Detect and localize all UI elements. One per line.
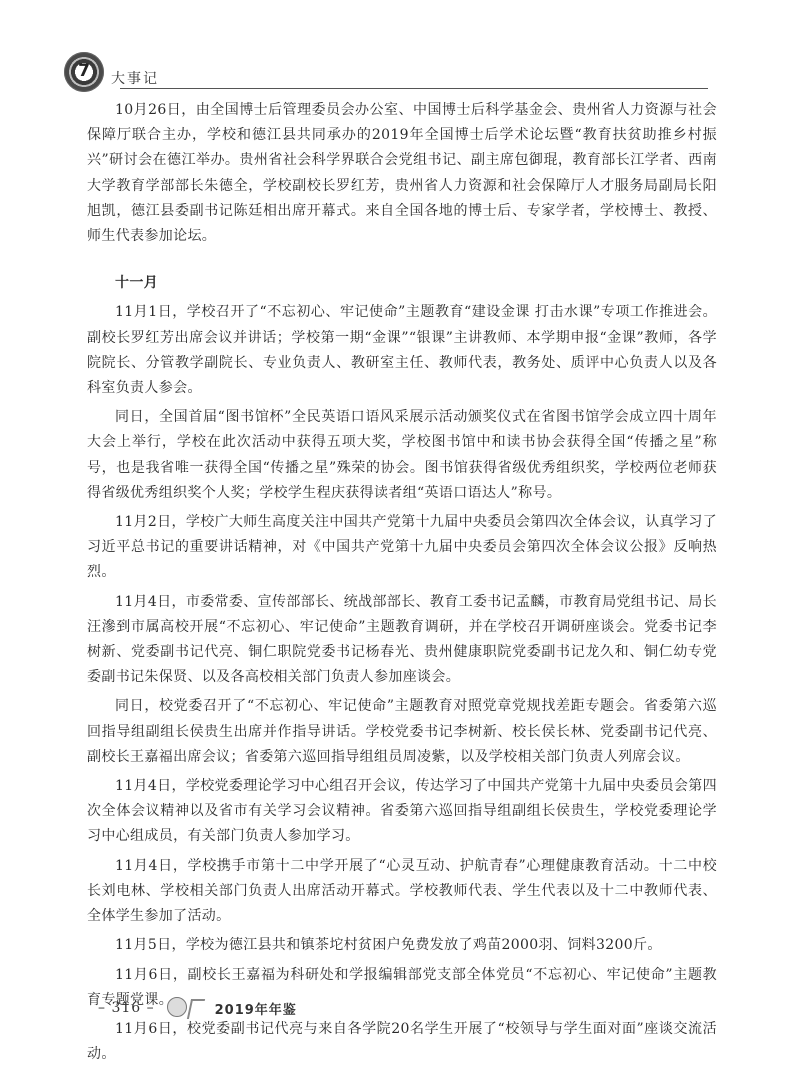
month-heading: 十一月: [87, 271, 717, 296]
paragraph: 11月6日，校党委副书记代亮与来自各学院20名学生开展了“校领导与学生面对面”座…: [87, 1017, 717, 1067]
emblem-ring: [167, 997, 187, 1017]
page-body: 10月26日，由全国博士后管理委员会办公室、中国博士后科学基金会、贵州省人力资源…: [87, 98, 717, 1071]
page-number: – 316 –: [98, 1000, 155, 1016]
paragraph: 11月4日，学校党委理论学习中心组召开会议，传达学习了中国共产党第十九届中央委员…: [87, 774, 717, 850]
paragraph-oct-26: 10月26日，由全国博士后管理委员会办公室、中国博士后科学基金会、贵州省人力资源…: [87, 98, 717, 249]
emblem-figure: [186, 999, 204, 1019]
paragraph: 11月1日，学校召开了“不忘初心、牢记使命”主题教育“建设金课 打击水课”专项工…: [87, 300, 717, 401]
header-divider: [120, 88, 708, 89]
paragraph: 同日，校党委召开了“不忘初心、牢记使命”主题教育对照党章党规找差距专题会。省委第…: [87, 694, 717, 770]
paragraph: 同日，全国首届“图书馆杯”全民英语口语风采展示活动颁奖仪式在省图书馆学会成立四十…: [87, 405, 717, 506]
page-header: 7 大事记: [64, 52, 724, 92]
page-footer: – 316 – 2019年年鉴: [98, 996, 297, 1020]
section-title: 大事记: [111, 68, 159, 88]
paragraph: 11月2日，学校广大师生高度关注中国共产党第十九届中央委员会第四次全体会议，认真…: [87, 510, 717, 586]
paragraph: 11月5日，学校为德江县共和镇茶坨村贫困户免费发放了鸡苗2000羽、饲料3200…: [87, 933, 717, 958]
paragraph: 11月4日，市委常委、宣传部部长、统战部部长、教育工委书记孟麟，市教育局党组书记…: [87, 590, 717, 691]
logo-glyph: 7: [64, 61, 104, 81]
yearbook-emblem-icon: [165, 997, 205, 1019]
paragraph: 11月4日，学校携手市第十二中学开展了“心灵互动、护航青春”心理健康教育活动。十…: [87, 854, 717, 930]
university-logo-icon: 7: [64, 52, 104, 92]
yearbook-title: 2019年年鉴: [215, 999, 297, 1018]
